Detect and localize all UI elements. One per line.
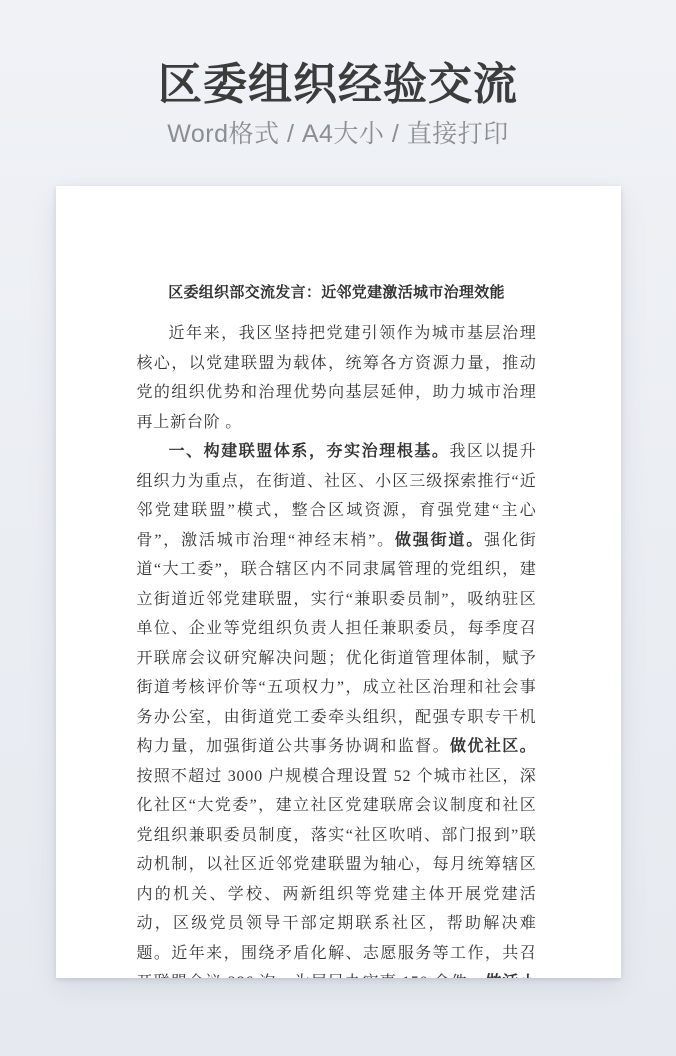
preview-subtitle: Word格式 / A4大小 / 直接打印 bbox=[0, 119, 676, 149]
document-title: 区委组织部交流发言：近邻党建激活城市治理效能 bbox=[137, 280, 537, 306]
text-segment: 近年来，我区坚持把党建引领作为城市基层治理核心，以党建联盟为载体，统筹各方资源力… bbox=[137, 325, 537, 431]
text-segment: 做优社区。 bbox=[450, 738, 536, 755]
preview-header: 区委组织经验交流 Word格式 / A4大小 / 直接打印 bbox=[0, 0, 676, 149]
text-segment: 按照不超过 3000 户规模合理设置 52 个城市社区，深化社区“大党委”，建立… bbox=[137, 768, 537, 979]
a4-page-preview: 区委组织部交流发言：近邻党建激活城市治理效能 近年来，我区坚持把党建引领作为城市… bbox=[56, 186, 621, 978]
text-segment: 做强街道。 bbox=[395, 532, 484, 549]
text-segment: 强化街道“大工委”，联合辖区内不同隶属管理的党组织，建立街道近邻党建联盟，实行“… bbox=[137, 532, 537, 756]
preview-title: 区委组织经验交流 bbox=[0, 60, 676, 110]
page-background: 区委组织经验交流 Word格式 / A4大小 / 直接打印 区委组织部交流发言：… bbox=[0, 0, 676, 1056]
document-paragraph: 一、构建联盟体系，夯实治理根基。我区以提升组织力为重点，在街道、社区、小区三级探… bbox=[137, 437, 537, 978]
document-paragraph: 近年来，我区坚持把党建引领作为城市基层治理核心，以党建联盟为载体，统筹各方资源力… bbox=[137, 319, 537, 437]
text-segment: 一、构建联盟体系，夯实治理根基。 bbox=[169, 443, 450, 460]
document-body: 近年来，我区坚持把党建引领作为城市基层治理核心，以党建联盟为载体，统筹各方资源力… bbox=[137, 319, 537, 978]
